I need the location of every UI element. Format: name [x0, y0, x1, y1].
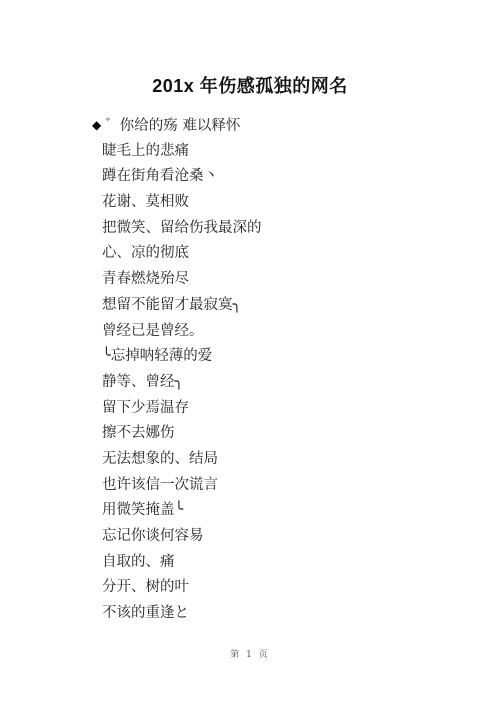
list-item: 静等、曾经╮: [102, 370, 262, 396]
document-title: 201x 年伤感孤独的网名: [0, 72, 500, 98]
list-item: 想留不能留才最寂寞╮: [102, 293, 262, 319]
list-item: 无法想象的、结局: [102, 447, 262, 473]
list-item: 不该的重逢と: [102, 601, 262, 627]
list-item: 曾经已是曾经。: [102, 319, 262, 345]
list-item: 也许该信一次谎言: [102, 473, 262, 499]
diamond-bullet-icon: ◆: [92, 113, 101, 139]
list-item: 留下少焉温存: [102, 396, 262, 422]
list-item: 忘记你谈何容易: [102, 524, 262, 550]
name-list: ◆゛你给的殇 难以释怀 睫毛上的悲痛 蹲在街角看沧桑丶 花谢、莫相败 把微笑、留…: [102, 113, 262, 627]
list-item: 睫毛上的悲痛: [102, 139, 262, 165]
list-item: ╰忘掉呐轻薄的爱: [102, 344, 262, 370]
document-page: 201x 年伤感孤独的网名 ◆゛你给的殇 难以释怀 睫毛上的悲痛 蹲在街角看沧桑…: [0, 0, 500, 708]
list-item: 蹲在街角看沧桑丶: [102, 164, 262, 190]
list-item: 分开、树的叶: [102, 575, 262, 601]
list-item: 花谢、莫相败: [102, 190, 262, 216]
list-item: 擦不去娜伤: [102, 421, 262, 447]
list-item: 把微笑、留给伤我最深的: [102, 216, 262, 242]
list-item: 心、凉的彻底: [102, 241, 262, 267]
list-item: 青春燃烧殆尽: [102, 267, 262, 293]
list-item-text: ゛你给的殇 难以释怀: [105, 118, 240, 134]
list-item: 用微笑掩盖╰: [102, 498, 262, 524]
list-item: ◆゛你给的殇 难以释怀: [92, 113, 262, 139]
list-item: 自取的、痛: [102, 550, 262, 576]
page-number: 第 1 页: [0, 647, 500, 660]
